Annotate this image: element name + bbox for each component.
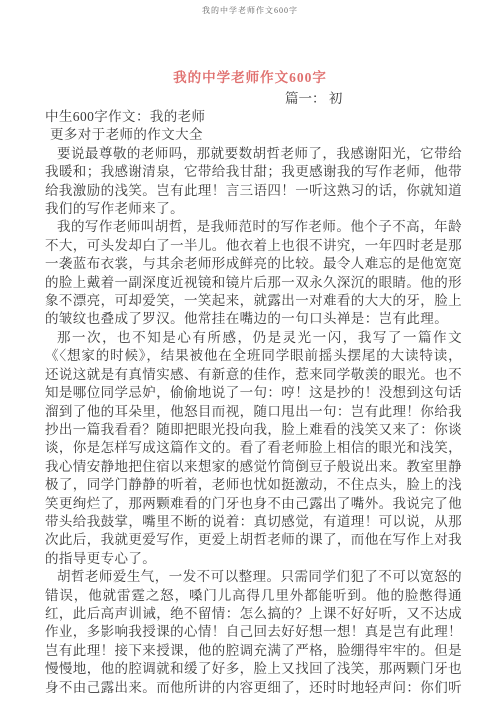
- more-essays-line: 更多对于老师的作文大全: [45, 126, 462, 144]
- essay-paragraph-3: 那一次，也不知是心有所感，仍是灵光一闪，我写了一篇作文《〈想家的时候》，结果被他…: [45, 329, 462, 568]
- essay-paragraph-4: 胡哲老师爱生气，一发不可以整理。只需同学们犯了不可以宽怒的错误，他就雷霆之怒，嗓…: [45, 568, 462, 697]
- document-page: 我的中学老师作文600字 我的中学老师作文600字 篇一： 初 中生600字作文…: [0, 0, 500, 708]
- section-one-label: 篇一： 初: [0, 90, 500, 108]
- essay-paragraph-1: 要说最尊敬的老师吗，那就要数胡哲老师了，我感谢阳光，它带给我暖和；我感谢清泉，它…: [45, 145, 462, 219]
- essay-body: 中生600字作文：我的老师 更多对于老师的作文大全 要说最尊敬的老师吗，那就要数…: [0, 108, 500, 697]
- subtitle-line: 中生600字作文：我的老师: [45, 108, 462, 126]
- document-header-title: 我的中学老师作文600字: [0, 0, 500, 16]
- essay-title: 我的中学老师作文600字: [0, 66, 500, 86]
- essay-paragraph-2: 我的写作老师叫胡哲，是我师范时的写作老师。他个子不高，年龄不大，可头发却白了一半…: [45, 218, 462, 328]
